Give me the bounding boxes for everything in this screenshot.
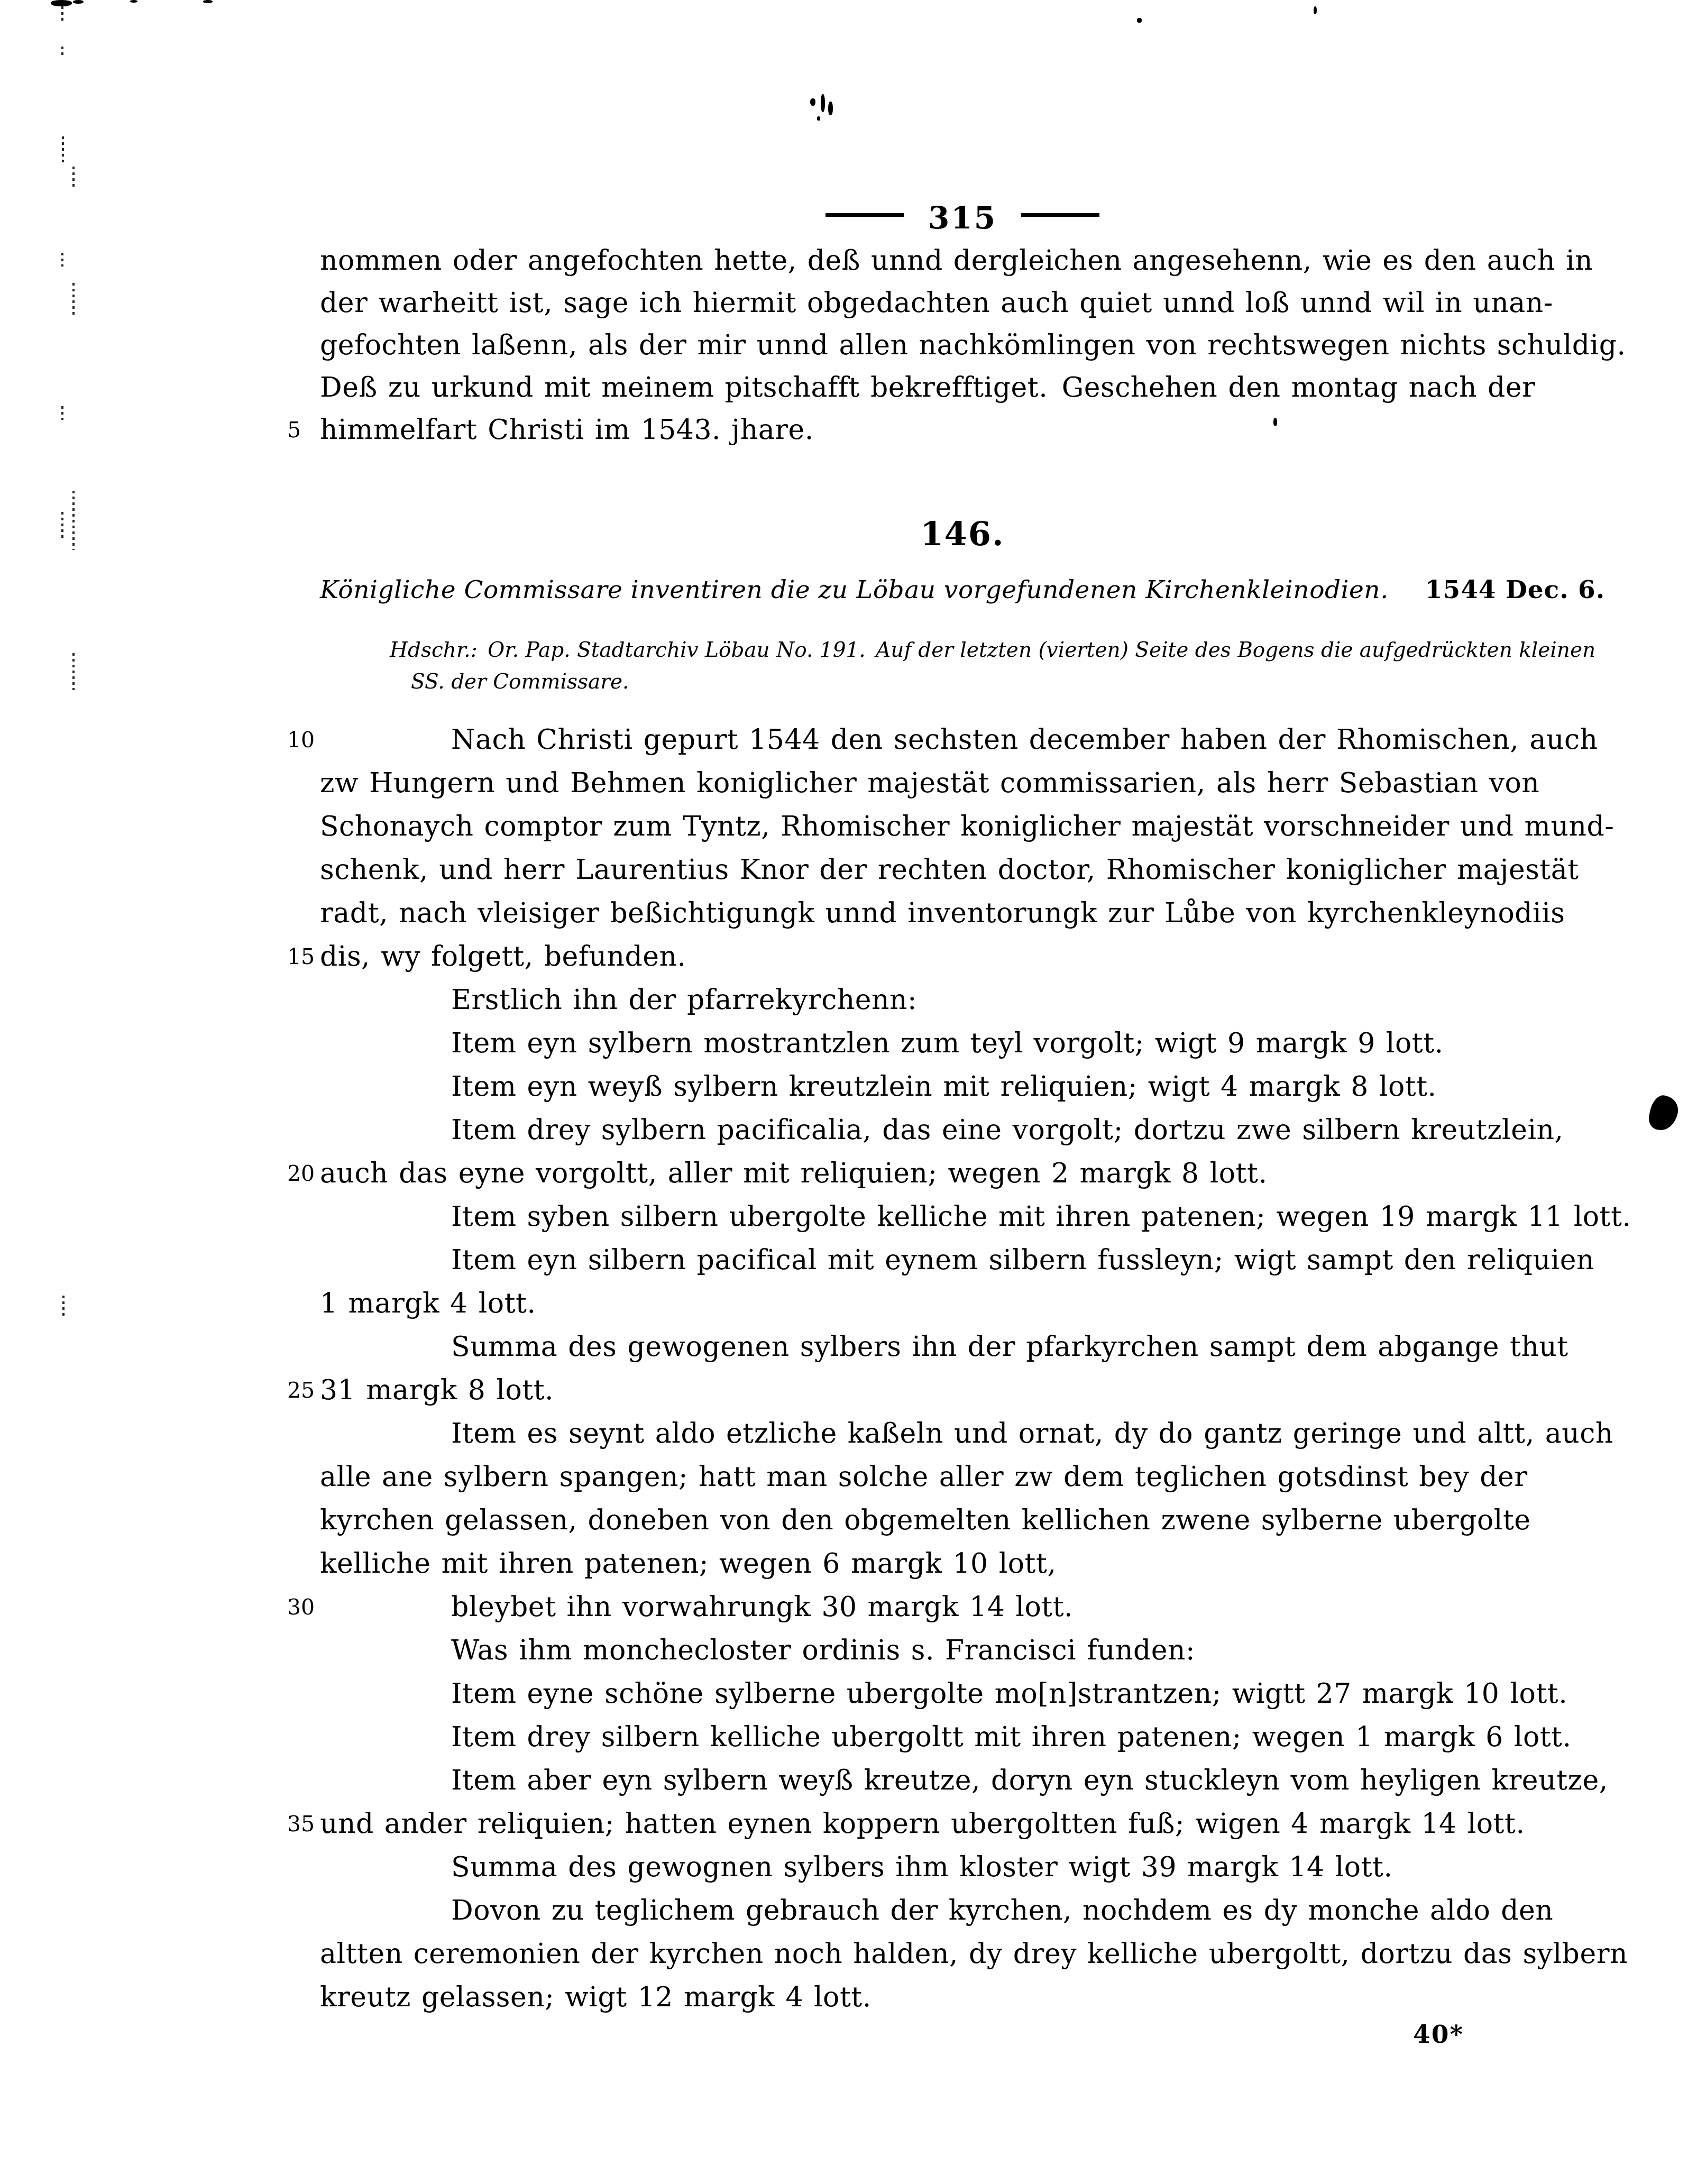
line-number: 25	[287, 1369, 316, 1412]
line-text: Deß zu urkund mit meinem pitschafft bekr…	[320, 372, 1535, 403]
scan-artifact	[62, 1296, 65, 1317]
scan-artifact	[1314, 6, 1317, 14]
source-note-line: Hdschr.: Or. Pap. Stadtarchiv Löbau No. …	[320, 635, 1605, 666]
text-line: Item syben silbern ubergolte kelliche mi…	[320, 1195, 1605, 1238]
text-line: alle ane sylbern spangen; hatt man solch…	[320, 1455, 1605, 1499]
line-number: 35	[287, 1802, 316, 1846]
line-text: Item drey sylbern pacificalia, das eine …	[451, 1114, 1564, 1146]
scan-artifact	[73, 0, 84, 4]
scan-artifact	[203, 0, 213, 3]
line-text: bleybet ihn vorwahrungk 30 margk 14 lott…	[451, 1591, 1073, 1623]
text-line: Item eyn silbern pacifical mit eynem sil…	[320, 1238, 1605, 1282]
document-body: 10Nach Christi gepurt 1544 den sechsten …	[320, 718, 1605, 2019]
text-line: kyrchen gelassen, doneben von den obgeme…	[320, 1499, 1605, 1542]
line-text: Item eyn weyß sylbern kreutzlein mit rel…	[451, 1071, 1437, 1103]
line-text: Summa des gewognen sylbers ihm kloster w…	[451, 1851, 1392, 1883]
scan-artifact	[72, 653, 75, 690]
line-text: Item eyn sylbern mostrantzlen zum teyl v…	[451, 1027, 1444, 1059]
line-text: altten ceremonien der kyrchen noch halde…	[320, 1938, 1628, 1970]
scan-artifact	[61, 406, 63, 420]
line-text: der warheitt ist, sage ich hiermit obged…	[320, 287, 1553, 319]
line-text: Item aber eyn sylbern weyß kreutze, dory…	[451, 1765, 1608, 1796]
scan-artifact	[72, 167, 75, 188]
scan-artifact	[810, 98, 815, 106]
line-text: Item drey silbern kelliche ubergoltt mit…	[451, 1721, 1572, 1753]
text-line: zw Hungern und Behmen koniglicher majest…	[320, 761, 1605, 805]
line-number: 10	[287, 718, 316, 761]
line-text: nommen oder angefochten hette, deß unnd …	[320, 245, 1593, 277]
scan-artifact	[821, 94, 825, 112]
scan-artifact	[130, 0, 137, 3]
text-line: kreutz gelassen; wigt 12 margk 4 lott.	[320, 1976, 1605, 2019]
line-number: 15	[287, 935, 316, 978]
line-text: Item es seynt aldo etzliche kaßeln und o…	[451, 1418, 1613, 1449]
text-line: radt, nach vleisiger beßichtigungk unnd …	[320, 892, 1605, 935]
text-line: 1 margk 4 lott.	[320, 1282, 1605, 1325]
header-rule-right	[1021, 213, 1099, 217]
scan-artifact	[51, 0, 72, 6]
line-number: 30	[287, 1585, 316, 1629]
header-rule-left	[825, 213, 904, 217]
line-text: gefochten laßenn, als der mir unnd allen…	[320, 329, 1626, 361]
text-line: 2531 margk 8 lott.	[320, 1369, 1605, 1412]
scan-artifact	[1137, 18, 1142, 23]
line-text: Dovon zu teglichem gebrauch der kyrchen,…	[451, 1895, 1553, 1926]
text-line: Item drey silbern kelliche ubergoltt mit…	[320, 1715, 1605, 1759]
line-text: kyrchen gelassen, doneben von den obgeme…	[320, 1504, 1531, 1536]
text-line: Item eyn weyß sylbern kreutzlein mit rel…	[320, 1065, 1605, 1108]
page-number: 315	[928, 200, 997, 236]
section-number: 146.	[320, 515, 1605, 557]
line-text: Schonaych comptor zum Tyntz, Rhomischer …	[320, 811, 1614, 842]
line-text: Item eyne schöne sylberne ubergolte mo[n…	[451, 1678, 1567, 1710]
line-text: dis, wy folgett, befunden.	[320, 941, 686, 972]
line-text: Item eyn silbern pacifical mit eynem sil…	[451, 1244, 1594, 1276]
line-text: alle ane sylbern spangen; hatt man solch…	[320, 1461, 1528, 1493]
text-line: Deß zu urkund mit meinem pitschafft bekr…	[320, 366, 1605, 409]
line-text: zw Hungern und Behmen koniglicher majest…	[320, 767, 1539, 799]
text-line: 35und ander reliquien; hatten eynen kopp…	[320, 1802, 1605, 1846]
text-line: 5himmelfart Christi im 1543. jhare.	[320, 409, 1605, 451]
text-line: kelliche mit ihren patenen; wegen 6 marg…	[320, 1542, 1605, 1585]
scan-artifact	[62, 136, 64, 164]
scanned-page: 315 nommen oder angefochten hette, deß u…	[0, 0, 1697, 2184]
scan-artifact	[61, 512, 63, 538]
text-line: Item aber eyn sylbern weyß kreutze, dory…	[320, 1759, 1605, 1802]
scan-artifact	[817, 116, 820, 121]
line-text: schenk, und herr Laurentius Knor der rec…	[320, 854, 1579, 886]
scan-artifact	[72, 283, 75, 317]
text-line: Item eyne schöne sylberne ubergolte mo[n…	[320, 1672, 1605, 1715]
line-text: Erstlich ihn der pfarrekyrchenn:	[451, 984, 917, 1016]
text-line: Summa des gewognen sylbers ihm kloster w…	[320, 1846, 1605, 1889]
scan-artifact	[61, 253, 63, 267]
line-number: 20	[287, 1152, 316, 1195]
signature-mark: 40*	[1413, 2020, 1464, 2049]
line-text: kreutz gelassen; wigt 12 margk 4 lott.	[320, 1981, 872, 2013]
line-text: Nach Christi gepurt 1544 den sechsten de…	[451, 724, 1598, 756]
scan-artifact	[61, 6, 63, 21]
text-line: Item drey sylbern pacificalia, das eine …	[320, 1108, 1605, 1152]
text-line: Item eyn sylbern mostrantzlen zum teyl v…	[320, 1022, 1605, 1065]
source-note-line: SS. der Commissare.	[320, 666, 1605, 698]
text-line: nommen oder angefochten hette, deß unnd …	[320, 240, 1605, 282]
text-line: Was ihm monchecloster ordinis s. Francis…	[320, 1629, 1605, 1672]
line-text: und ander reliquien; hatten eynen kopper…	[320, 1808, 1525, 1840]
section-date: 1544 Dec. 6.	[1425, 575, 1605, 604]
text-line: 20auch das eyne vorgoltt, aller mit reli…	[320, 1152, 1605, 1195]
intro-paragraph: nommen oder angefochten hette, deß unnd …	[320, 240, 1605, 451]
text-line: Schonaych comptor zum Tyntz, Rhomischer …	[320, 805, 1605, 848]
section-heading-row: Königliche Commissare inventiren die zu …	[320, 575, 1605, 604]
line-text: 1 margk 4 lott.	[320, 1288, 536, 1319]
scan-artifact	[72, 491, 75, 550]
text-line: Summa des gewogenen sylbers ihn der pfar…	[320, 1325, 1605, 1369]
line-text: himmelfart Christi im 1543. jhare.	[320, 414, 814, 446]
line-text: radt, nach vleisiger beßichtigungk unnd …	[320, 897, 1565, 929]
line-text: Item syben silbern ubergolte kelliche mi…	[451, 1201, 1631, 1233]
line-text: kelliche mit ihren patenen; wegen 6 marg…	[320, 1548, 1056, 1580]
scan-artifact	[61, 47, 63, 56]
text-line: Item es seynt aldo etzliche kaßeln und o…	[320, 1412, 1605, 1455]
line-text: Summa des gewogenen sylbers ihn der pfar…	[451, 1331, 1568, 1363]
scan-artifact	[828, 102, 833, 115]
text-line: schenk, und herr Laurentius Knor der rec…	[320, 848, 1605, 892]
line-number: 5	[287, 409, 316, 451]
section-title: Königliche Commissare inventiren die zu …	[320, 575, 1389, 604]
line-text: Was ihm monchecloster ordinis s. Francis…	[451, 1635, 1195, 1666]
scan-artifact	[1273, 418, 1277, 426]
text-line: 15dis, wy folgett, befunden.	[320, 935, 1605, 978]
line-text: auch das eyne vorgoltt, aller mit reliqu…	[320, 1158, 1267, 1189]
text-line: 30bleybet ihn vorwahrungk 30 margk 14 lo…	[320, 1585, 1605, 1629]
text-line: 10Nach Christi gepurt 1544 den sechsten …	[320, 718, 1605, 761]
source-note: Hdschr.: Or. Pap. Stadtarchiv Löbau No. …	[320, 635, 1605, 698]
scan-artifact	[1647, 1093, 1681, 1133]
text-line: gefochten laßenn, als der mir unnd allen…	[320, 324, 1605, 366]
text-line: Dovon zu teglichem gebrauch der kyrchen,…	[320, 1889, 1605, 1932]
line-text: 31 margk 8 lott.	[320, 1374, 554, 1406]
text-line: der warheitt ist, sage ich hiermit obged…	[320, 282, 1605, 324]
text-line: altten ceremonien der kyrchen noch halde…	[320, 1932, 1605, 1976]
text-line: Erstlich ihn der pfarrekyrchenn:	[320, 978, 1605, 1022]
